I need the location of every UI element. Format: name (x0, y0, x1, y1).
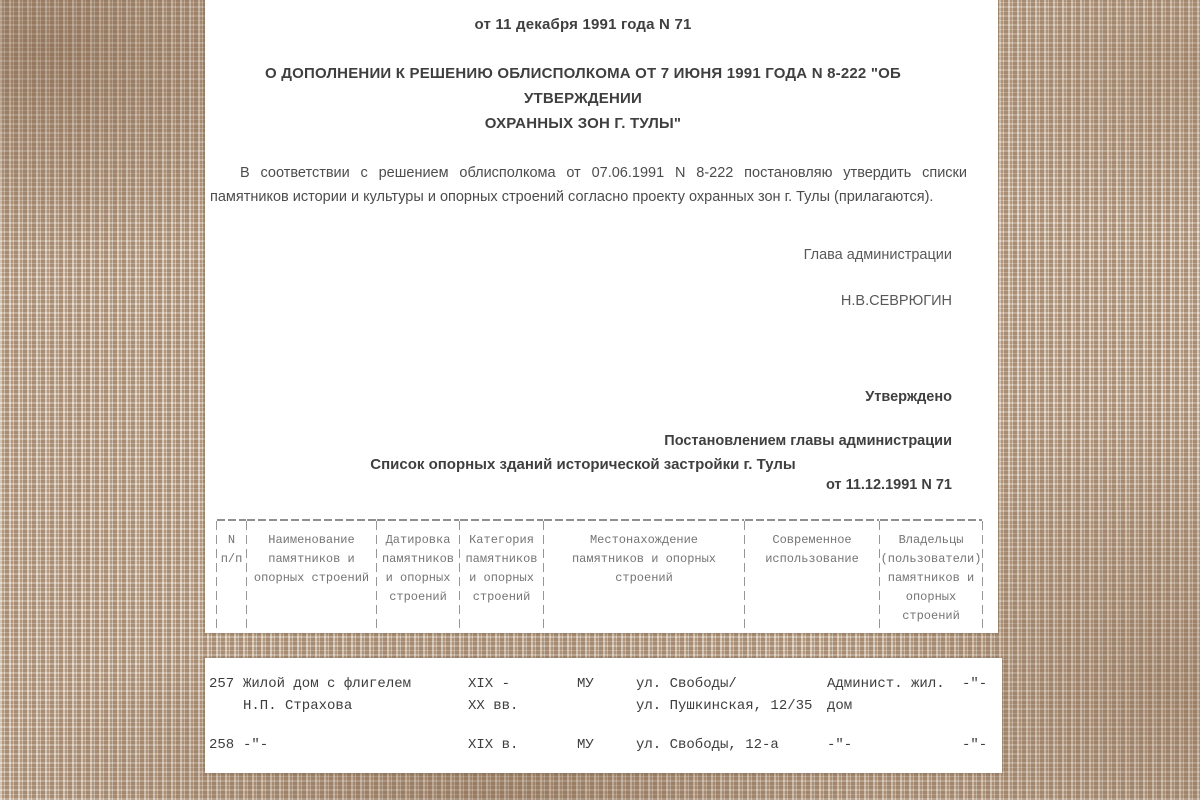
approval-block: Утверждено Постановлением главы админист… (432, 364, 952, 518)
signature-role: Глава администрации (432, 244, 952, 267)
record-258-dating: XIX в. (468, 735, 518, 755)
record-258-location: ул. Свободы, 12-а (636, 735, 779, 755)
record-258-line1: 258 -"- XIX в. МУ ул. Свободы, 12-а -"- … (205, 735, 1002, 755)
record-257-dating-cont: XX вв. (468, 696, 518, 716)
record-257-owner: -"- (962, 674, 987, 694)
table-col-owners: Владельцы (пользователи) памятников и оп… (880, 519, 982, 631)
list-continuation-page: 257 Жилой дом с флигелем XIX - МУ ул. Св… (205, 658, 1002, 773)
decree-page: от 11 декабря 1991 года N 71 О ДОПОЛНЕНИ… (205, 0, 998, 633)
table-col-location: Местонахождение памятников и опорных стр… (544, 519, 744, 631)
approval-line3: от 11.12.1991 N 71 (432, 474, 952, 496)
decree-paragraph-line2: памятников истории и культуры и опорных … (210, 185, 967, 209)
record-257-line2: Н.П. Страхова XX вв. ул. Пушкинская, 12/… (205, 696, 1002, 716)
record-258-category: МУ (577, 735, 594, 755)
record-258-number: 258 (209, 735, 234, 755)
list-caption: Список опорных зданий исторической застр… (209, 456, 957, 473)
decree-paragraph-line1: В соответствии с решением облисполкома о… (210, 161, 967, 185)
approval-line1: Утверждено (432, 386, 952, 408)
table-col-dating: Датировка памятников и опорных строений (377, 519, 459, 631)
record-257-location: ул. Свободы/ (636, 674, 737, 694)
record-257-location-cont: ул. Пушкинская, 12/35 (636, 696, 812, 716)
table-col-name: Наименование памятников и опорных строен… (247, 519, 376, 631)
record-258-owner: -"- (962, 735, 987, 755)
table-col-category: Категория памятников и опорных строений (460, 519, 543, 631)
record-257-usage: Админист. жил. (827, 674, 945, 694)
table-col-usage: Современное использование (745, 519, 879, 631)
fabric-background: от 11 декабря 1991 года N 71 О ДОПОЛНЕНИ… (0, 0, 1200, 800)
table-col-number: N п/п (217, 519, 246, 631)
record-258-name: -"- (243, 735, 268, 755)
record-257-name: Жилой дом с флигелем (243, 674, 411, 694)
decree-date-line: от 11 декабря 1991 года N 71 (209, 16, 957, 33)
record-257-number: 257 (209, 674, 234, 694)
decree-title: О ДОПОЛНЕНИИ К РЕШЕНИЮ ОБЛИСПОЛКОМА ОТ 7… (209, 61, 957, 136)
table-header: N п/п Наименование памятников и опорных … (216, 519, 983, 631)
table-vertical-rule (982, 521, 983, 631)
signature-name: Н.В.СЕВРЮГИН (432, 290, 952, 313)
record-257-name-cont: Н.П. Страхова (243, 696, 352, 716)
record-257-usage-cont: дом (827, 696, 852, 716)
signature-block: Глава администрации Н.В.СЕВРЮГИН (432, 221, 952, 336)
record-258-usage: -"- (827, 735, 852, 755)
approval-line2: Постановлением главы администрации (432, 430, 952, 452)
record-257-category: МУ (577, 674, 594, 694)
record-257-dating: XIX - (468, 674, 510, 694)
record-257-line1: 257 Жилой дом с флигелем XIX - МУ ул. Св… (205, 674, 1002, 694)
